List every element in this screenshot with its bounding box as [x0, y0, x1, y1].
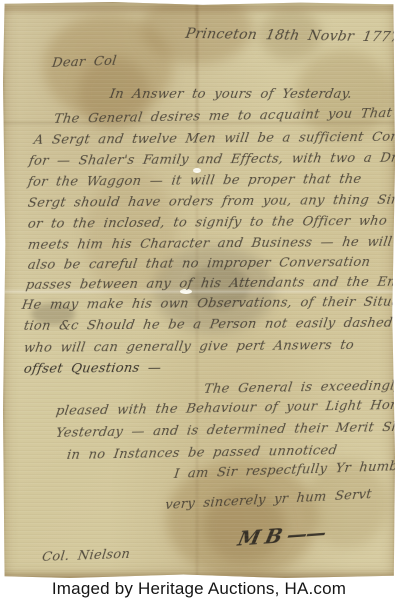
salutation: Dear Col	[51, 54, 117, 71]
body-line: for — Shaler's Family and Effects, with …	[28, 151, 398, 169]
imaging-credit-text: Imaged by Heritage Auctions, HA.com	[52, 578, 346, 600]
body-line: tion &c Should he be a Person not easily…	[23, 315, 398, 334]
body-line: The General desires me to acquaint you T…	[53, 106, 393, 127]
body-line: passes between any of his Attendants and…	[25, 275, 398, 293]
body-line: offset Questions —	[23, 361, 163, 377]
signature-scrawl: M B ——	[236, 520, 328, 550]
body-line: Yesterday — and is determined their Meri…	[55, 420, 398, 441]
auction-photo: Princeton 18th Novbr 1777Dear ColIn Answ…	[0, 0, 398, 600]
body-line: A Sergt and twelve Men will be a suffici…	[33, 130, 398, 148]
letter-document: Princeton 18th Novbr 1777Dear ColIn Answ…	[3, 2, 395, 578]
body-line: for the Waggon — it will be proper that …	[27, 172, 363, 190]
imaging-credit-bar: Imaged by Heritage Auctions, HA.com	[0, 578, 398, 600]
body-line: meets him his Character and Business — h…	[27, 235, 393, 253]
addressee-docket: Col. Nielson	[41, 547, 131, 565]
body-line: who will can generally give pert Answers…	[23, 338, 355, 356]
body-line: Sergt should have orders from you, any t…	[27, 193, 398, 211]
closing-line: very sincerely yr hum Servt	[164, 487, 372, 513]
body-line: in no Instances be passed unnoticed	[66, 443, 338, 463]
body-line: He may make his own Observations, of the…	[21, 295, 398, 313]
body-line: or to the inclosed, to signify to the Of…	[27, 214, 388, 232]
body-line: also be careful that no improper Convers…	[27, 255, 371, 273]
handwriting-layer: Princeton 18th Novbr 1777Dear ColIn Answ…	[3, 2, 395, 578]
body-line: In Answer to yours of Yesterday.	[109, 87, 354, 102]
body-line: The General is exceedingly	[203, 379, 398, 398]
body-line: pleased with the Behaviour of your Light…	[55, 398, 398, 419]
dateline: Princeton 18th Novbr 1777	[184, 26, 398, 46]
closing-line: I am Sir respectfully Yr humb	[173, 459, 398, 482]
